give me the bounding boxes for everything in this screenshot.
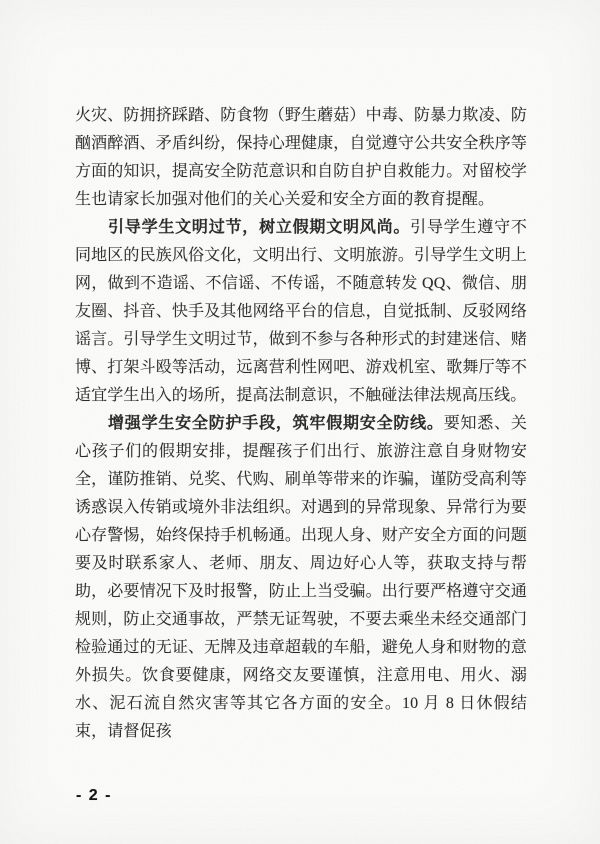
paragraph-text: 火灾、防拥挤踩踏、防食物（野生蘑菇）中毒、防暴力欺凌、防酗酒醉酒、矛盾纠纷，保持… [75,107,527,208]
paragraph-lead-bold: 增强学生安全防护手段，筑牢假期安全防线。 [108,415,444,432]
document-body: 火灾、防拥挤踩踏、防食物（野生蘑菇）中毒、防暴力欺凌、防酗酒醉酒、矛盾纠纷，保持… [75,102,527,746]
scanned-document-page: 火灾、防拥挤踩踏、防食物（野生蘑菇）中毒、防暴力欺凌、防酗酒醉酒、矛盾纠纷，保持… [0,0,600,844]
paragraph-text: 要知悉、关心孩子们的假期安排，提醒孩子们出行、旅游注意自身财物安全，谨防推销、兑… [75,415,527,740]
paragraph-continuation: 火灾、防拥挤踩踏、防食物（野生蘑菇）中毒、防暴力欺凌、防酗酒醉酒、矛盾纠纷，保持… [75,102,527,214]
paragraph-civilized-holiday: 引导学生文明过节，树立假期文明风尚。引导学生遵守不同地区的民族风俗文化，文明出行… [75,214,527,410]
paragraph-lead-bold: 引导学生文明过节，树立假期文明风尚。 [108,219,410,236]
page-number: - 2 - [76,787,112,805]
paragraph-text: 引导学生遵守不同地区的民族风俗文化，文明出行、文明旅游。引导学生文明上网，做到不… [75,219,527,404]
paragraph-safety-protection: 增强学生安全防护手段，筑牢假期安全防线。要知悉、关心孩子们的假期安排，提醒孩子们… [75,410,527,746]
